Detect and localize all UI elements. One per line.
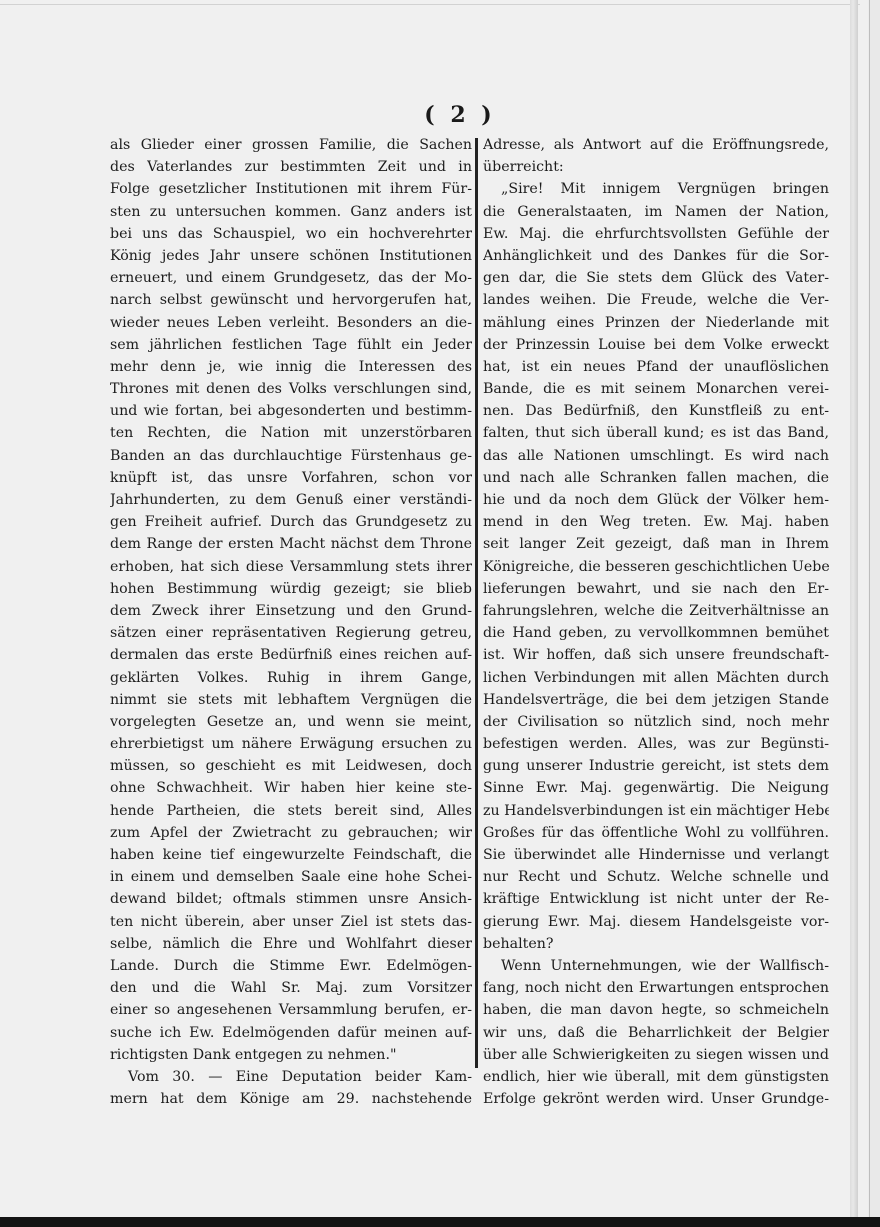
text-line: über alle Schwierigkeiten zu siegen wiss… <box>483 1044 829 1066</box>
text-line: endlich, hier wie überall, mit dem günst… <box>483 1066 829 1088</box>
text-line: den und die Wahl Sr. Maj. zum Vorsitzer <box>110 977 472 999</box>
text-line: lichen Verbindungen mit allen Mächten du… <box>483 667 829 689</box>
column-divider-rule <box>475 138 478 1068</box>
text-line: Lande. Durch die Stimme Ewr. Edelmögen- <box>110 955 472 977</box>
text-line: selbe, nämlich die Ehre und Wohlfahrt di… <box>110 933 472 955</box>
text-line: wir uns, daß die Beharrlichkeit der Belg… <box>483 1022 829 1044</box>
text-line: als Glieder einer grossen Familie, die S… <box>110 134 472 156</box>
page-number: ( 2 ) <box>420 102 500 128</box>
text-line: befestigen werden. Alles, was zur Begüns… <box>483 733 829 755</box>
newspaper-page: ( 2 ) als Glieder einer grossen Familie,… <box>0 0 868 1217</box>
text-line: Folge gesetzlicher Institutionen mit ihr… <box>110 178 472 200</box>
scan-bottom-shadow <box>0 1217 880 1227</box>
text-line: müssen, so geschieht es mit Leidwesen, d… <box>110 755 472 777</box>
text-line: mern hat dem Könige am 29. nachstehende <box>110 1088 472 1110</box>
text-line: Großes für das öffentliche Wohl zu vollf… <box>483 822 829 844</box>
text-line: hie und da noch dem Glück der Völker hem… <box>483 489 829 511</box>
text-line: Thrones mit denen des Volks verschlungen… <box>110 378 472 400</box>
text-line: Sinne Ewr. Maj. gegenwärtig. Die Neigung <box>483 777 829 799</box>
text-line: bei uns das Schauspiel, wo ein hochvereh… <box>110 223 472 245</box>
right-column: Adresse, als Antwort auf die Eröffnungsr… <box>483 134 829 1110</box>
left-column: als Glieder einer grossen Familie, die S… <box>110 134 472 1110</box>
text-line: des Vaterlandes zur bestimmten Zeit und … <box>110 156 472 178</box>
text-line: Adresse, als Antwort auf die Eröffnungsr… <box>483 134 829 156</box>
scanned-page-background: ( 2 ) als Glieder einer grossen Familie,… <box>0 0 880 1227</box>
text-line: ohne Schwachheit. Wir haben hier keine s… <box>110 777 472 799</box>
text-line: ten Rechten, die Nation mit unzerstörbar… <box>110 422 472 444</box>
text-line: gung unserer Industrie gereicht, ist ste… <box>483 755 829 777</box>
text-line: Sie überwindet alle Hindernisse und verl… <box>483 844 829 866</box>
text-line: gen Freiheit aufrief. Durch das Grundges… <box>110 511 472 533</box>
text-line: wieder neues Leben verleiht. Besonders a… <box>110 312 472 334</box>
text-line: hende Partheien, die stets bereit sind, … <box>110 800 472 822</box>
text-line: Erfolge gekrönt werden wird. Unser Grund… <box>483 1088 829 1110</box>
text-line: nimmt sie stets mit lebhaftem Vergnügen … <box>110 689 472 711</box>
scan-border-strip <box>869 0 880 1227</box>
text-line: und nach alle Schranken fallen machen, d… <box>483 467 829 489</box>
text-line: lieferungen bewahrt, und sie nach den Er… <box>483 578 829 600</box>
text-line: in einem und demselben Saale eine hohe S… <box>110 866 472 888</box>
text-line: dem Zweck ihrer Einsetzung und den Grund… <box>110 600 472 622</box>
text-line: Ew. Maj. die ehrfurchtsvollsten Gefühle … <box>483 223 829 245</box>
text-line: Königreiche, die besseren geschichtliche… <box>483 556 829 578</box>
text-line: knüpft ist, das unsre Vorfahren, schon v… <box>110 467 472 489</box>
text-line: narch selbst gewünscht und hervorgerufen… <box>110 289 472 311</box>
top-edge-line <box>0 4 860 5</box>
text-line: Banden an das durchlauchtige Fürstenhaus… <box>110 445 472 467</box>
text-line: sem jährlichen festlichen Tage fühlt ein… <box>110 334 472 356</box>
text-line: ten nicht überein, aber unser Ziel ist s… <box>110 911 472 933</box>
text-line: ehrerbietigst um nähere Erwägung ersuche… <box>110 733 472 755</box>
text-line: dermalen das erste Bedürfniß eines reich… <box>110 644 472 666</box>
text-line: landes weihen. Die Freude, welche die Ve… <box>483 289 829 311</box>
text-line: dem Range der ersten Macht nächst dem Th… <box>110 533 472 555</box>
text-line: mehr denn je, wie innig die Interessen d… <box>110 356 472 378</box>
text-line: nur Recht und Schutz. Welche schnelle un… <box>483 866 829 888</box>
text-line: Bande, die es mit seinem Monarchen verei… <box>483 378 829 400</box>
text-line: richtigsten Dank entgegen zu nehmen." <box>110 1044 472 1066</box>
text-line: der Prinzessin Louise bei dem Volke erwe… <box>483 334 829 356</box>
text-line: suche ich Ew. Edelmögenden dafür meinen … <box>110 1022 472 1044</box>
text-line: der Civilisation so nützlich sind, noch … <box>483 711 829 733</box>
text-line: mend in den Weg treten. Ew. Maj. haben <box>483 511 829 533</box>
text-line: haben keine tief eingewurzelte Feindscha… <box>110 844 472 866</box>
text-line: mählung eines Prinzen der Niederlande mi… <box>483 312 829 334</box>
text-line: zum Apfel der Zwietracht zu gebrauchen; … <box>110 822 472 844</box>
text-line: zu Handelsverbindungen ist ein mächtiger… <box>483 800 829 822</box>
text-line: überreicht: <box>483 156 829 178</box>
page-edge-shadow <box>850 0 858 1227</box>
text-line: das alle Nationen umschlingt. Es wird na… <box>483 445 829 467</box>
text-line: gierung Ewr. Maj. diesem Handelsgeiste v… <box>483 911 829 933</box>
text-line: nen. Das Bedürfniß, den Kunstfleiß zu en… <box>483 400 829 422</box>
text-line: seit langer Zeit gezeigt, daß man in Ihr… <box>483 533 829 555</box>
dateline-paragraph-start: Vom 30. — Eine Deputation beider Kam- <box>110 1066 472 1088</box>
text-line: Anhänglichkeit und des Dankes für die So… <box>483 245 829 267</box>
text-line: erneuert, und einem Grundgesetz, das der… <box>110 267 472 289</box>
text-line: dewand bildet; oftmals stimmen unsre Ans… <box>110 888 472 910</box>
text-line: und wie fortan, bei abgesonderten und be… <box>110 400 472 422</box>
paragraph-start: Wenn Unternehmungen, wie der Wallfisch- <box>483 955 829 977</box>
text-line: kräftige Entwicklung ist nicht unter der… <box>483 888 829 910</box>
text-line: Handelsverträge, die bei dem jetzigen St… <box>483 689 829 711</box>
text-line: sätzen einer repräsentativen Regierung g… <box>110 622 472 644</box>
text-line: falten, thut sich überall kund; es ist d… <box>483 422 829 444</box>
text-line: vorgelegten Gesetze an, und wenn sie mei… <box>110 711 472 733</box>
text-line: erhoben, hat sich diese Versammlung stet… <box>110 556 472 578</box>
text-line: die Generalstaaten, im Namen der Nation, <box>483 201 829 223</box>
text-line: hohen Bestimmung würdig gezeigt; sie bli… <box>110 578 472 600</box>
text-line: geklärten Volkes. Ruhig in ihrem Gange, <box>110 667 472 689</box>
text-line: gen dar, die Sie stets dem Glück des Vat… <box>483 267 829 289</box>
text-line: haben, die man davon hegte, so schmeiche… <box>483 999 829 1021</box>
text-line: König jedes Jahr unsere schönen Institut… <box>110 245 472 267</box>
text-line: behalten? <box>483 933 829 955</box>
text-line: einer so angesehenen Versammlung berufen… <box>110 999 472 1021</box>
text-line: ist. Wir hoffen, daß sich unsere freunds… <box>483 644 829 666</box>
text-line: fahrungslehren, welche die Zeitverhältni… <box>483 600 829 622</box>
text-line: die Hand geben, zu vervollkommnen bemühe… <box>483 622 829 644</box>
text-line: hat, ist ein neues Pfand der unauflöslic… <box>483 356 829 378</box>
address-paragraph-start: „Sire! Mit innigem Vergnügen bringen <box>483 178 829 200</box>
text-line: fang, noch nicht den Erwartungen entspro… <box>483 977 829 999</box>
text-line: Jahrhunderten, zu dem Genuß einer verstä… <box>110 489 472 511</box>
text-line: sten zu untersuchen kommen. Ganz anders … <box>110 201 472 223</box>
